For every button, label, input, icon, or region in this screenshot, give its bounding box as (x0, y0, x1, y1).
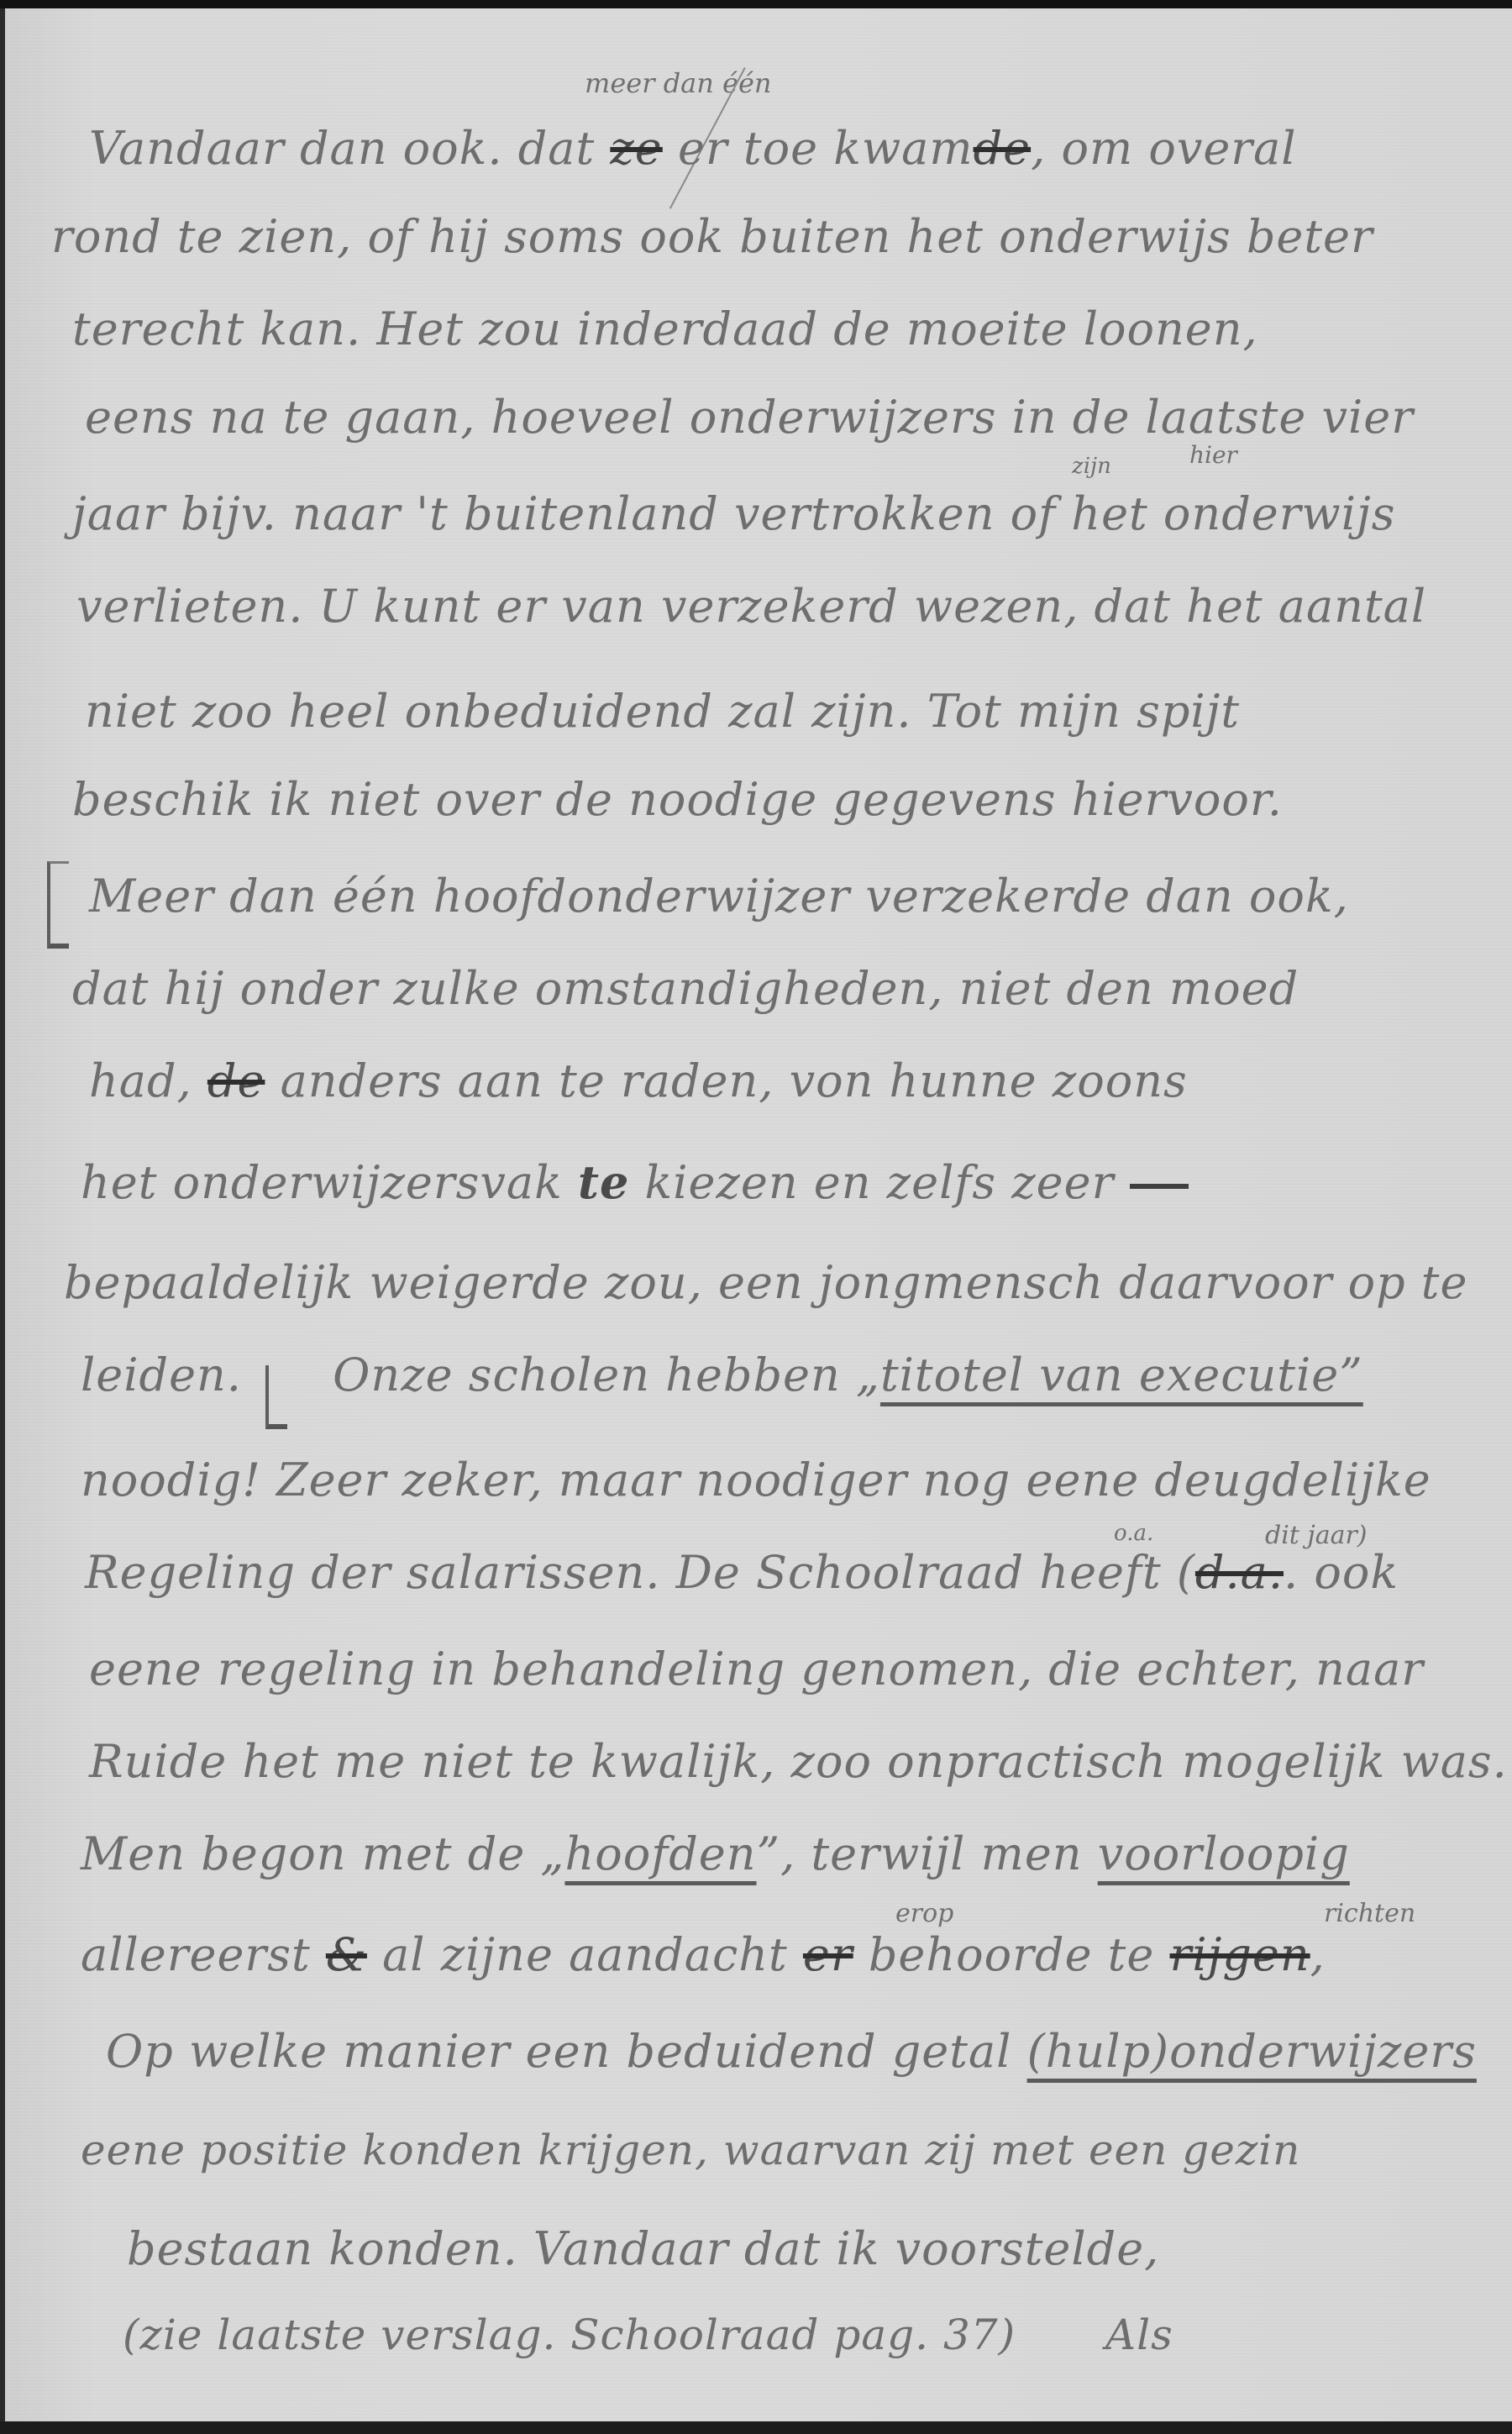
scan-top-edge (0, 0, 1512, 8)
interlinear-insertion: o.a. (1114, 1521, 1153, 1546)
manuscript-line-5: jaar bijv. naar 't buitenland vertrokken… (72, 487, 1396, 540)
manuscript-line-13: bepaaldelijk weigerde zou, een jongmensc… (64, 1256, 1467, 1309)
line-text: Regeling der salarissen. De Schoolraad h… (85, 1546, 1195, 1599)
line-text: . ook (1284, 1546, 1399, 1599)
manuscript-line-19: Men begon met de „hoofden”, terwijl men … (81, 1827, 1350, 1880)
line-text: leiden. (81, 1348, 242, 1401)
struck-word: & (326, 1928, 367, 1981)
line-text: anders aan te raden, von hunne zoons (281, 1054, 1188, 1107)
manuscript-line-20: allereerst & al zijne aandacht er behoor… (81, 1928, 1326, 1981)
line-text: al zijne aandacht (382, 1928, 788, 1981)
struck-word: er (803, 1928, 853, 1981)
manuscript-line-15: noodig! Zeer zeker, maar noodiger nog ee… (81, 1454, 1431, 1506)
manuscript-line-18: Ruide het me niet te kwalijk, zoo onprac… (89, 1735, 1508, 1788)
struck-word: d.a. (1195, 1546, 1284, 1599)
line-text: ”, terwijl men (757, 1827, 1083, 1880)
manuscript-line-7: niet zoo heel onbeduidend zal zijn. Tot … (85, 685, 1240, 738)
interlinear-insertion: zijn (1072, 454, 1111, 479)
line-text: Men begon met de „ (81, 1827, 564, 1880)
manuscript-line-16: Regeling der salarissen. De Schoolraad h… (85, 1546, 1399, 1599)
manuscript-line-23: bestaan konden. Vandaar dat ik voorsteld… (127, 2222, 1159, 2275)
line-text: kiezen en zelfs zeer (644, 1156, 1114, 1209)
manuscript-line-6: verlieten. U kunt er van verzekerd wezen… (76, 580, 1426, 633)
manuscript-line-10: dat hij onder zulke omstandigheden, niet… (72, 962, 1299, 1015)
manuscript-line-9: Meer dan één hoofdonderwijzer verzekerde… (89, 870, 1349, 923)
line-flourish (1130, 1184, 1189, 1189)
manuscript-line-17: eene regeling in behandeling genomen, di… (89, 1643, 1424, 1695)
manuscript-line-14: leiden. Onze scholen hebben „titotel van… (81, 1348, 1363, 1401)
manuscript-line-21: Op welke manier een beduidend getal (hul… (106, 2025, 1477, 2078)
line-text: had, (89, 1054, 192, 1107)
manuscript-line-8: beschik ik niet over de noodige gegevens… (72, 773, 1283, 826)
manuscript-line-11: had, de anders aan te raden, von hunne z… (89, 1054, 1188, 1107)
manuscript-line-12: het onderwijzersvak te kiezen en zelfs z… (81, 1155, 1189, 1209)
manuscript-line-22: eene positie konden krijgen, waarvan zij… (81, 2126, 1300, 2174)
manuscript-line-2: rond te zien, of hij soms ook buiten het… (51, 210, 1373, 263)
line-text: Vandaar dan ook. dat (89, 122, 595, 175)
line-text: Als (1105, 2310, 1173, 2359)
line-text: , (1310, 1928, 1326, 1981)
struck-word: de (974, 122, 1032, 175)
margin-bracket (47, 861, 69, 949)
interlinear-insertion: richten (1324, 1899, 1415, 1928)
line-text: (zie laatste verslag. Schoolraad pag. 37… (123, 2310, 1016, 2359)
underlined-phrase: titotel van executie” (880, 1348, 1363, 1401)
line-text: jaar bijv. naar 't buitenland vertrokken (72, 487, 995, 540)
manuscript-page: meer dan één Vandaar dan ook. dat ze er … (5, 8, 1512, 2421)
underlined-word: voorloopig (1098, 1827, 1350, 1880)
interlinear-insertion: hier (1189, 441, 1237, 469)
struck-word: ze (610, 122, 662, 175)
line-text: het onderwijzersvak (81, 1156, 563, 1209)
interlinear-insertion: erop (895, 1899, 953, 1928)
line-text: Onze scholen hebben „ (333, 1348, 880, 1401)
manuscript-line-24: (zie laatste verslag. Schoolraad pag. 37… (123, 2310, 1173, 2359)
scan-bottom-edge (0, 2421, 1512, 2434)
line-text: er toe kwam (678, 122, 974, 175)
manuscript-line-4: eens na te gaan, hoeveel onderwijzers in… (85, 391, 1414, 444)
manuscript-line-1: Vandaar dan ook. dat ze er toe kwamde, o… (89, 122, 1297, 175)
underlined-word: (hulp)onderwijzers (1027, 2025, 1477, 2078)
line-text: , om overal (1031, 122, 1296, 175)
manuscript-line-3: terecht kan. Het zou inderdaad de moeite… (72, 302, 1258, 355)
struck-word: rijgen (1170, 1928, 1310, 1981)
line-text: allereerst (81, 1928, 311, 1981)
underlined-word: hoofden (564, 1827, 756, 1880)
line-text: te (578, 1155, 629, 1209)
line-text: behoorde te (869, 1928, 1154, 1981)
struck-word: de (207, 1054, 265, 1107)
line-text: of het onderwijs (995, 487, 1395, 540)
line-text: Op welke manier een beduidend getal (106, 2025, 1011, 2078)
